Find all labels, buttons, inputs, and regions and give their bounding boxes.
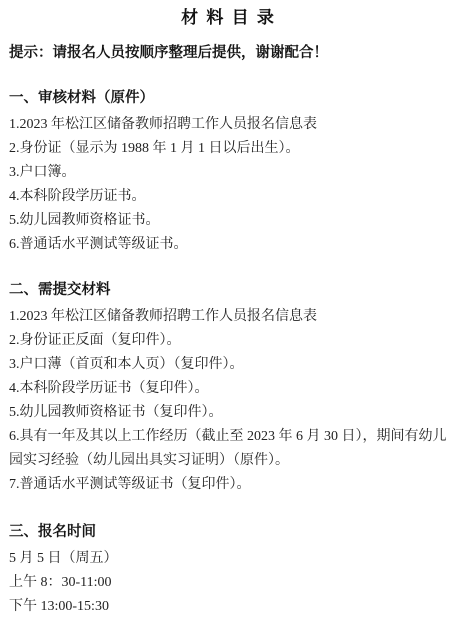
list-item: 5 月 5 日（周五） (9, 547, 448, 571)
list-item: 4.本科阶段学历证书。 (9, 185, 448, 209)
list-item: 6.具有一年及其以上工作经历（截止至 2023 年 6 月 30 日），期间有幼… (9, 425, 448, 473)
section-heading: 一、审核材料（原件） (9, 87, 448, 109)
tip-line: 提示：请报名人员按顺序整理后提供，谢谢配合！ (9, 43, 448, 63)
list-item: 下午 13:00-15:30 (9, 595, 448, 619)
list-item: 2.身份证（显示为 1988 年 1 月 1 日以后出生）。 (9, 137, 448, 161)
section-heading: 二、需提交材料 (9, 279, 448, 301)
section-registration-time: 三、报名时间 5 月 5 日（周五） 上午 8：30-11:00 下午 13:0… (9, 521, 448, 619)
list-item: 3.户口簿。 (9, 161, 448, 185)
section-heading: 三、报名时间 (9, 521, 448, 543)
section-audit-materials: 一、审核材料（原件） 1.2023 年松江区储备教师招聘工作人员报名信息表 2.… (9, 87, 448, 257)
section-submit-materials: 二、需提交材料 1.2023 年松江区储备教师招聘工作人员报名信息表 2.身份证… (9, 279, 448, 497)
list-item: 7.普通话水平测试等级证书（复印件）。 (9, 473, 448, 497)
list-item: 4.本科阶段学历证书（复印件）。 (9, 377, 448, 401)
document-title: 材 料 目 录 (9, 6, 448, 30)
list-item: 5.幼儿园教师资格证书。 (9, 209, 448, 233)
list-item: 2.身份证正反面（复印件）。 (9, 329, 448, 353)
list-item: 6.普通话水平测试等级证书。 (9, 233, 448, 257)
list-item: 1.2023 年松江区储备教师招聘工作人员报名信息表 (9, 305, 448, 329)
list-item: 上午 8：30-11:00 (9, 571, 448, 595)
document-page: 材 料 目 录 提示：请报名人员按顺序整理后提供，谢谢配合！ 一、审核材料（原件… (0, 0, 457, 640)
list-item: 5.幼儿园教师资格证书（复印件）。 (9, 401, 448, 425)
list-item: 1.2023 年松江区储备教师招聘工作人员报名信息表 (9, 113, 448, 137)
list-item: 3.户口薄（首页和本人页）（复印件）。 (9, 353, 448, 377)
